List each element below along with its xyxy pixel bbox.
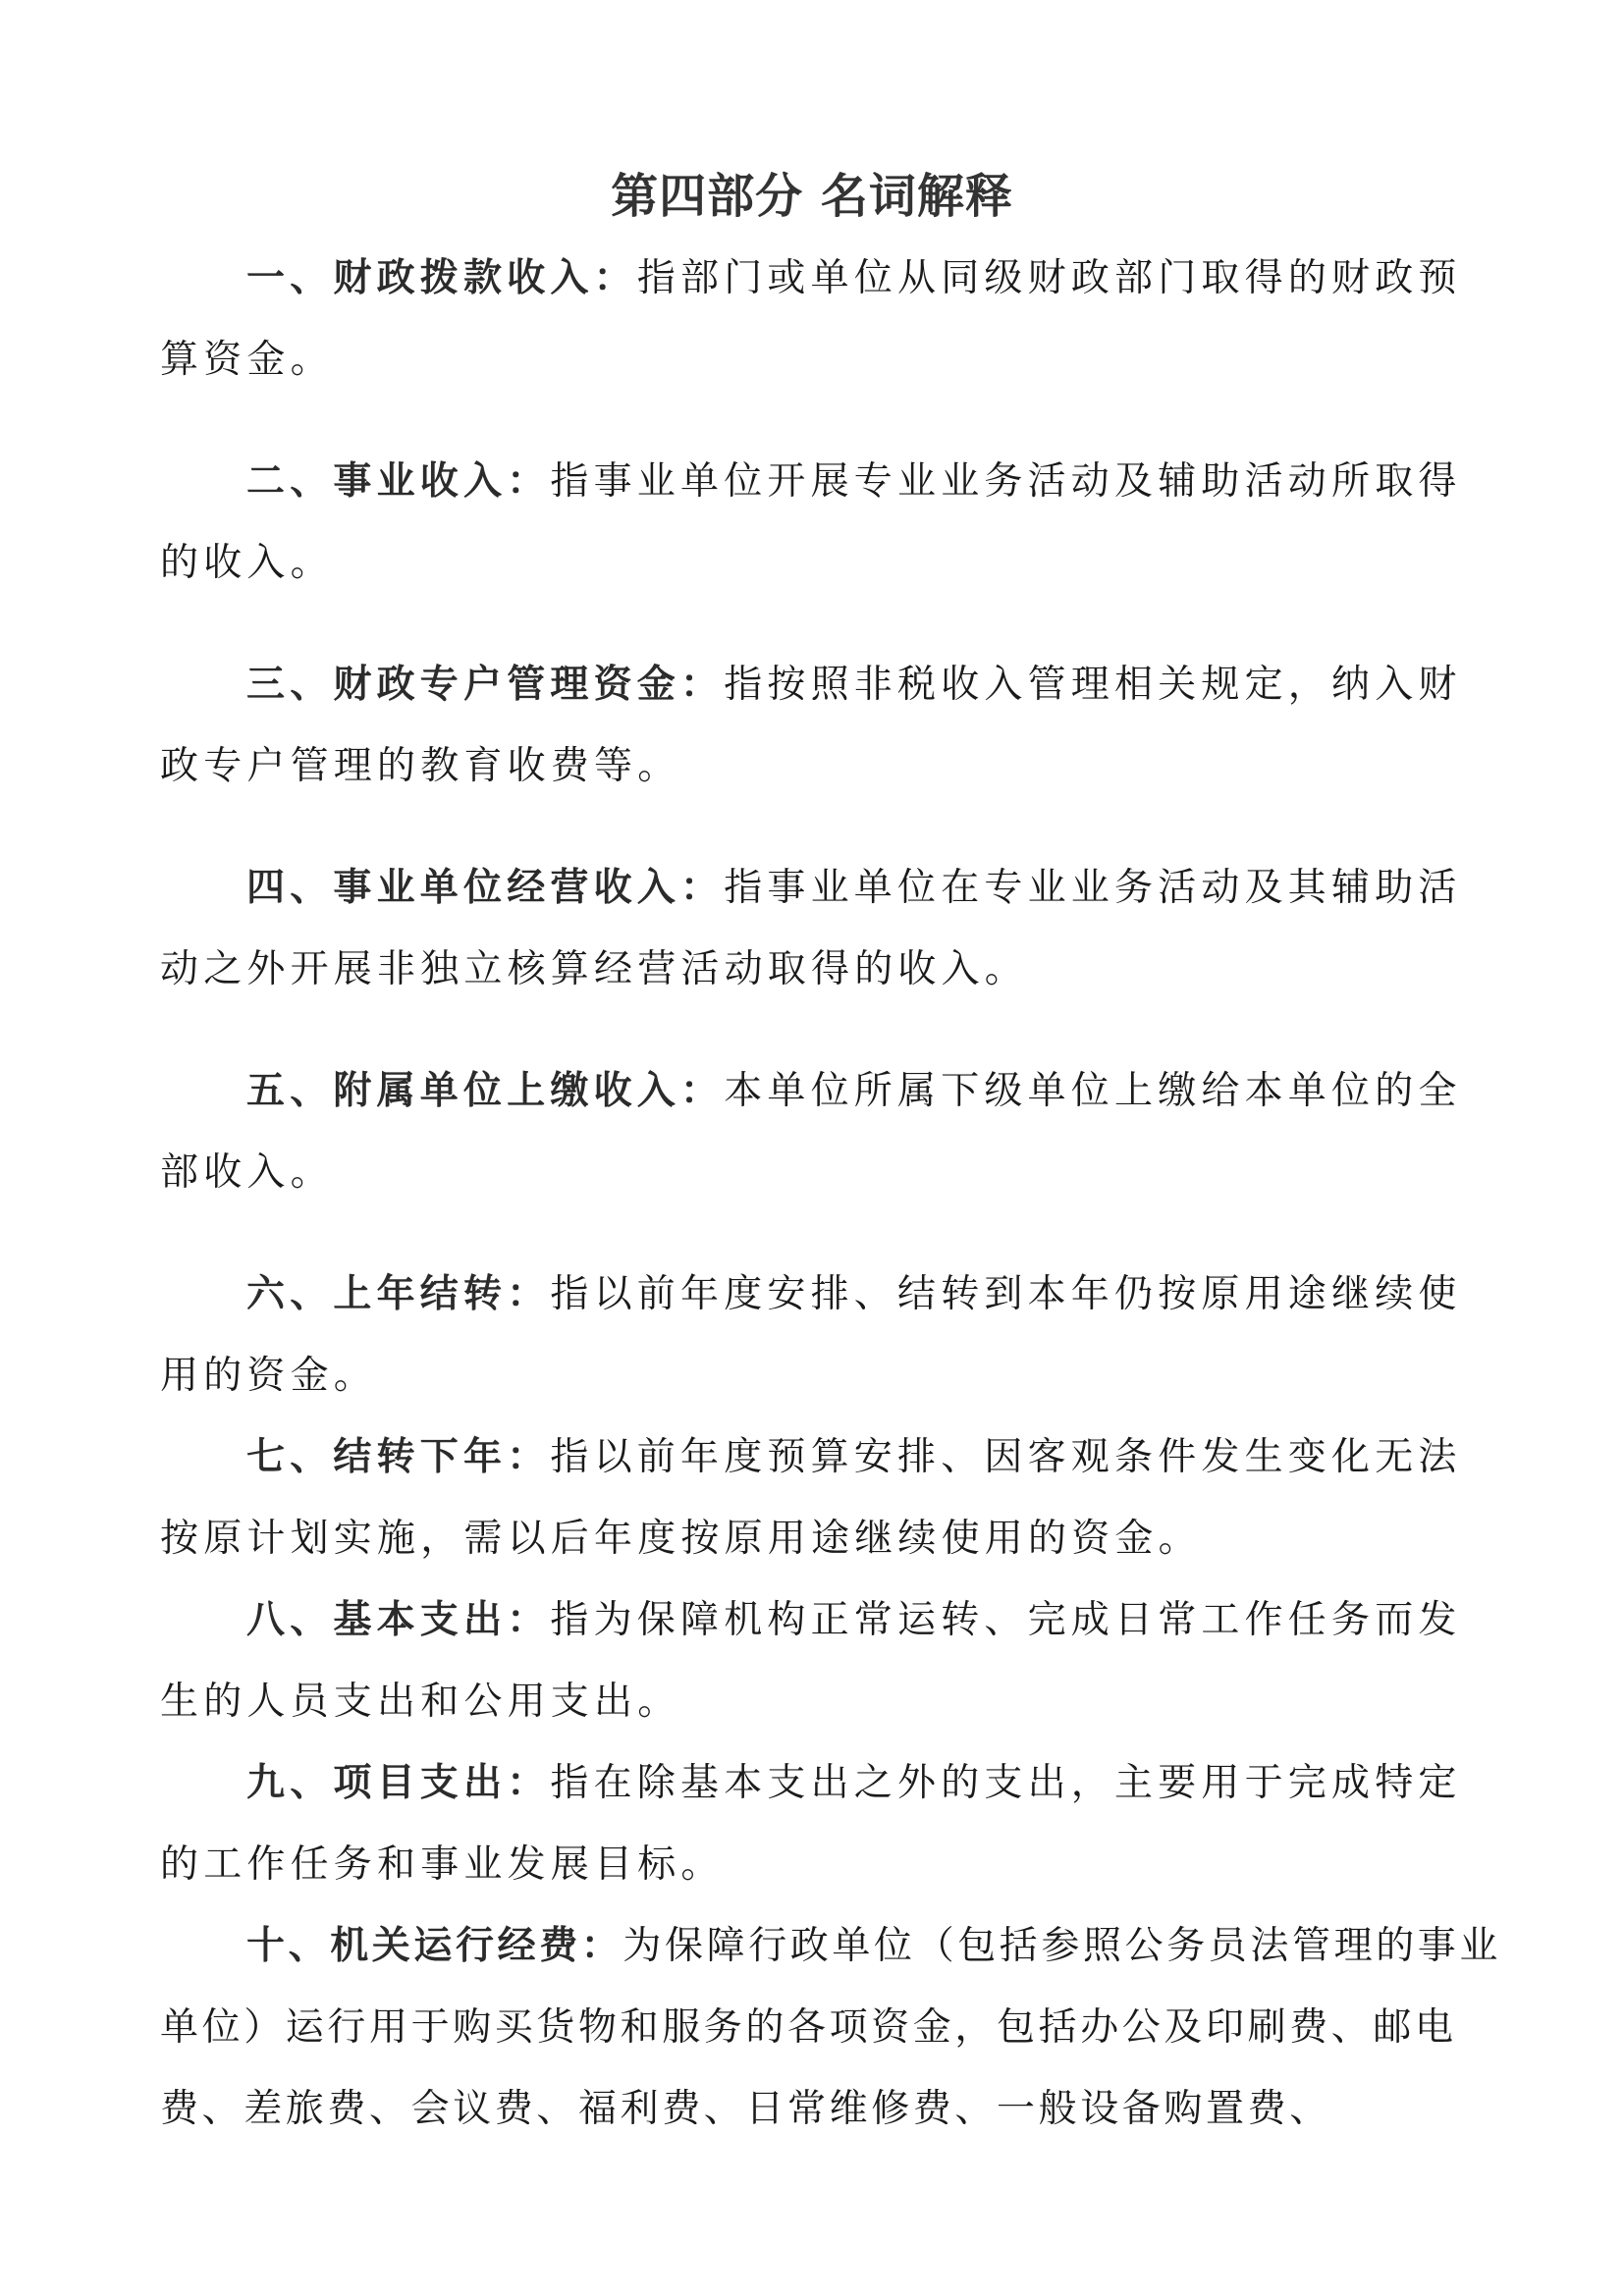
glossary-entry-9: 九、项目支出：指在除基本支出之外的支出，主要用于完成特定的工作任务和事业发展目标… <box>160 1742 1476 1905</box>
entry-term: 九、项目支出： <box>246 1761 550 1805</box>
entry-term: 三、财政专户管理资金： <box>246 663 724 707</box>
entry-term: 二、事业收入： <box>246 459 550 504</box>
glossary-entry-5: 五、附属单位上缴收入：本单位所属下级单位上缴给本单位的全部收入。 <box>160 1050 1476 1213</box>
glossary-entry-4: 四、事业单位经营收入：指事业单位在专业业务活动及其辅助活动之外开展非独立核算经营… <box>160 847 1476 1010</box>
entry-term: 一、财政拨款收入： <box>246 256 637 300</box>
glossary-entry-3: 三、财政专户管理资金：指按照非税收入管理相关规定，纳入财政专户管理的教育收费等。 <box>160 644 1476 807</box>
glossary-entry-2: 二、事业收入：指事业单位开展专业业务活动及辅助活动所取得的收入。 <box>160 441 1476 604</box>
entry-term: 五、附属单位上缴收入： <box>246 1069 724 1113</box>
glossary-entry-6: 六、上年结转：指以前年度安排、结转到本年仍按原用途继续使用的资金。 <box>160 1254 1476 1416</box>
entry-term: 六、上年结转： <box>246 1272 550 1316</box>
page-title: 第四部分 名词解释 <box>0 165 1624 228</box>
glossary-entry-10: 十、机关运行经费：为保障行政单位（包括参照公务员法管理的事业单位）运行用于购买货… <box>160 1905 1515 2150</box>
glossary-entry-8: 八、基本支出：指为保障机构正常运转、完成日常工作任务而发生的人员支出和公用支出。 <box>160 1579 1476 1742</box>
document-page: 第四部分 名词解释 一、财政拨款收入：指部门或单位从同级财政部门取得的财政预算资… <box>0 0 1624 2296</box>
entry-term: 十、机关运行经费： <box>246 1924 623 1968</box>
entry-term: 四、事业单位经营收入： <box>246 866 724 910</box>
entry-term: 八、基本支出： <box>246 1598 550 1642</box>
glossary-entry-1: 一、财政拨款收入：指部门或单位从同级财政部门取得的财政预算资金。 <box>160 238 1476 400</box>
entry-term: 七、结转下年： <box>246 1435 550 1479</box>
glossary-entry-7: 七、结转下年：指以前年度预算安排、因客观条件发生变化无法按原计划实施，需以后年度… <box>160 1416 1476 1579</box>
